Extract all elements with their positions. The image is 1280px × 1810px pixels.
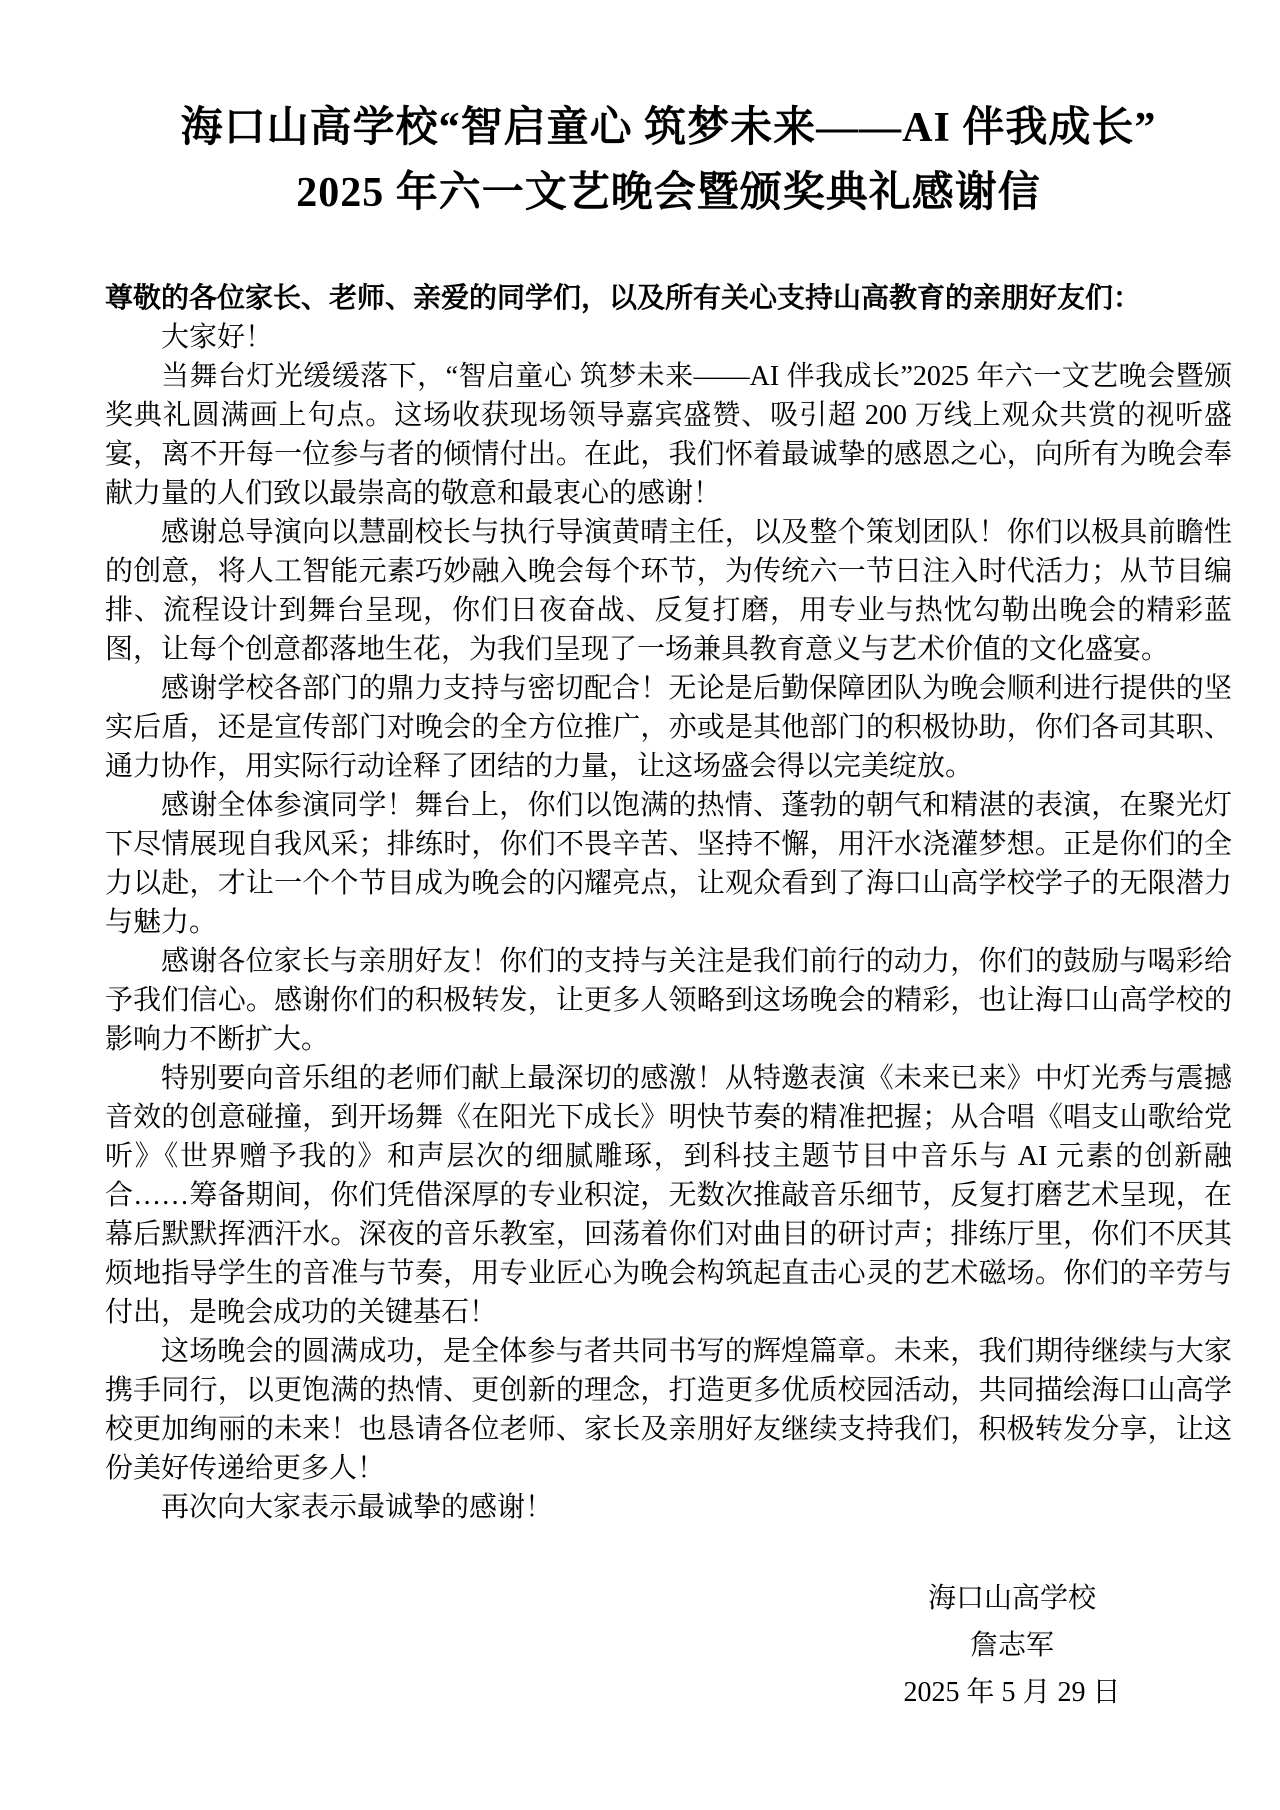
- signature-name: 詹志军: [832, 1622, 1192, 1669]
- signature-organization: 海口山高学校: [832, 1575, 1192, 1622]
- paragraph-thanks-parents: 感谢各位家长与亲朋好友！你们的支持与关注是我们前行的动力，你们的鼓励与喝彩给予我…: [105, 942, 1232, 1059]
- letter-page: 海口山高学校“智启童心 筑梦未来——AI 伴我成长” 2025 年六一文艺晚会暨…: [0, 0, 1280, 1810]
- letter-title: 海口山高学校“智启童心 筑梦未来——AI 伴我成长” 2025 年六一文艺晚会暨…: [105, 96, 1232, 226]
- paragraph-opening: 当舞台灯光缓缓落下，“智启童心 筑梦未来——AI 伴我成长”2025 年六一文艺…: [105, 357, 1232, 513]
- paragraph-thanks-students: 感谢全体参演同学！舞台上，你们以饱满的热情、蓬勃的朝气和精湛的表演，在聚光灯下尽…: [105, 786, 1232, 942]
- paragraph-final-thanks: 再次向大家表示最诚挚的感谢！: [105, 1488, 1232, 1527]
- paragraph-greeting: 大家好！: [105, 318, 1232, 357]
- salutation: 尊敬的各位家长、老师、亲爱的同学们，以及所有关心支持山高教育的亲朋好友们：: [105, 279, 1232, 318]
- paragraph-thanks-directors: 感谢总导演向以慧副校长与执行导演黄晴主任，以及整个策划团队！你们以极具前瞻性的创…: [105, 513, 1232, 669]
- signature-block: 海口山高学校 詹志军 2025 年 5 月 29 日: [832, 1575, 1192, 1716]
- signature-date: 2025 年 5 月 29 日: [832, 1669, 1192, 1716]
- letter-title-line-2: 2025 年六一文艺晚会暨颁奖典礼感谢信: [105, 161, 1232, 226]
- paragraph-closing: 这场晚会的圆满成功，是全体参与者共同书写的辉煌篇章。未来，我们期待继续与大家携手…: [105, 1332, 1232, 1488]
- letter-title-line-1: 海口山高学校“智启童心 筑梦未来——AI 伴我成长”: [105, 96, 1232, 161]
- paragraph-thanks-music-teachers: 特别要向音乐组的老师们献上最深切的感激！从特邀表演《未来已来》中灯光秀与震撼音效…: [105, 1059, 1232, 1332]
- paragraph-thanks-departments: 感谢学校各部门的鼎力支持与密切配合！无论是后勤保障团队为晚会顺利进行提供的坚实后…: [105, 669, 1232, 786]
- letter-body: 尊敬的各位家长、老师、亲爱的同学们，以及所有关心支持山高教育的亲朋好友们： 大家…: [105, 279, 1232, 1527]
